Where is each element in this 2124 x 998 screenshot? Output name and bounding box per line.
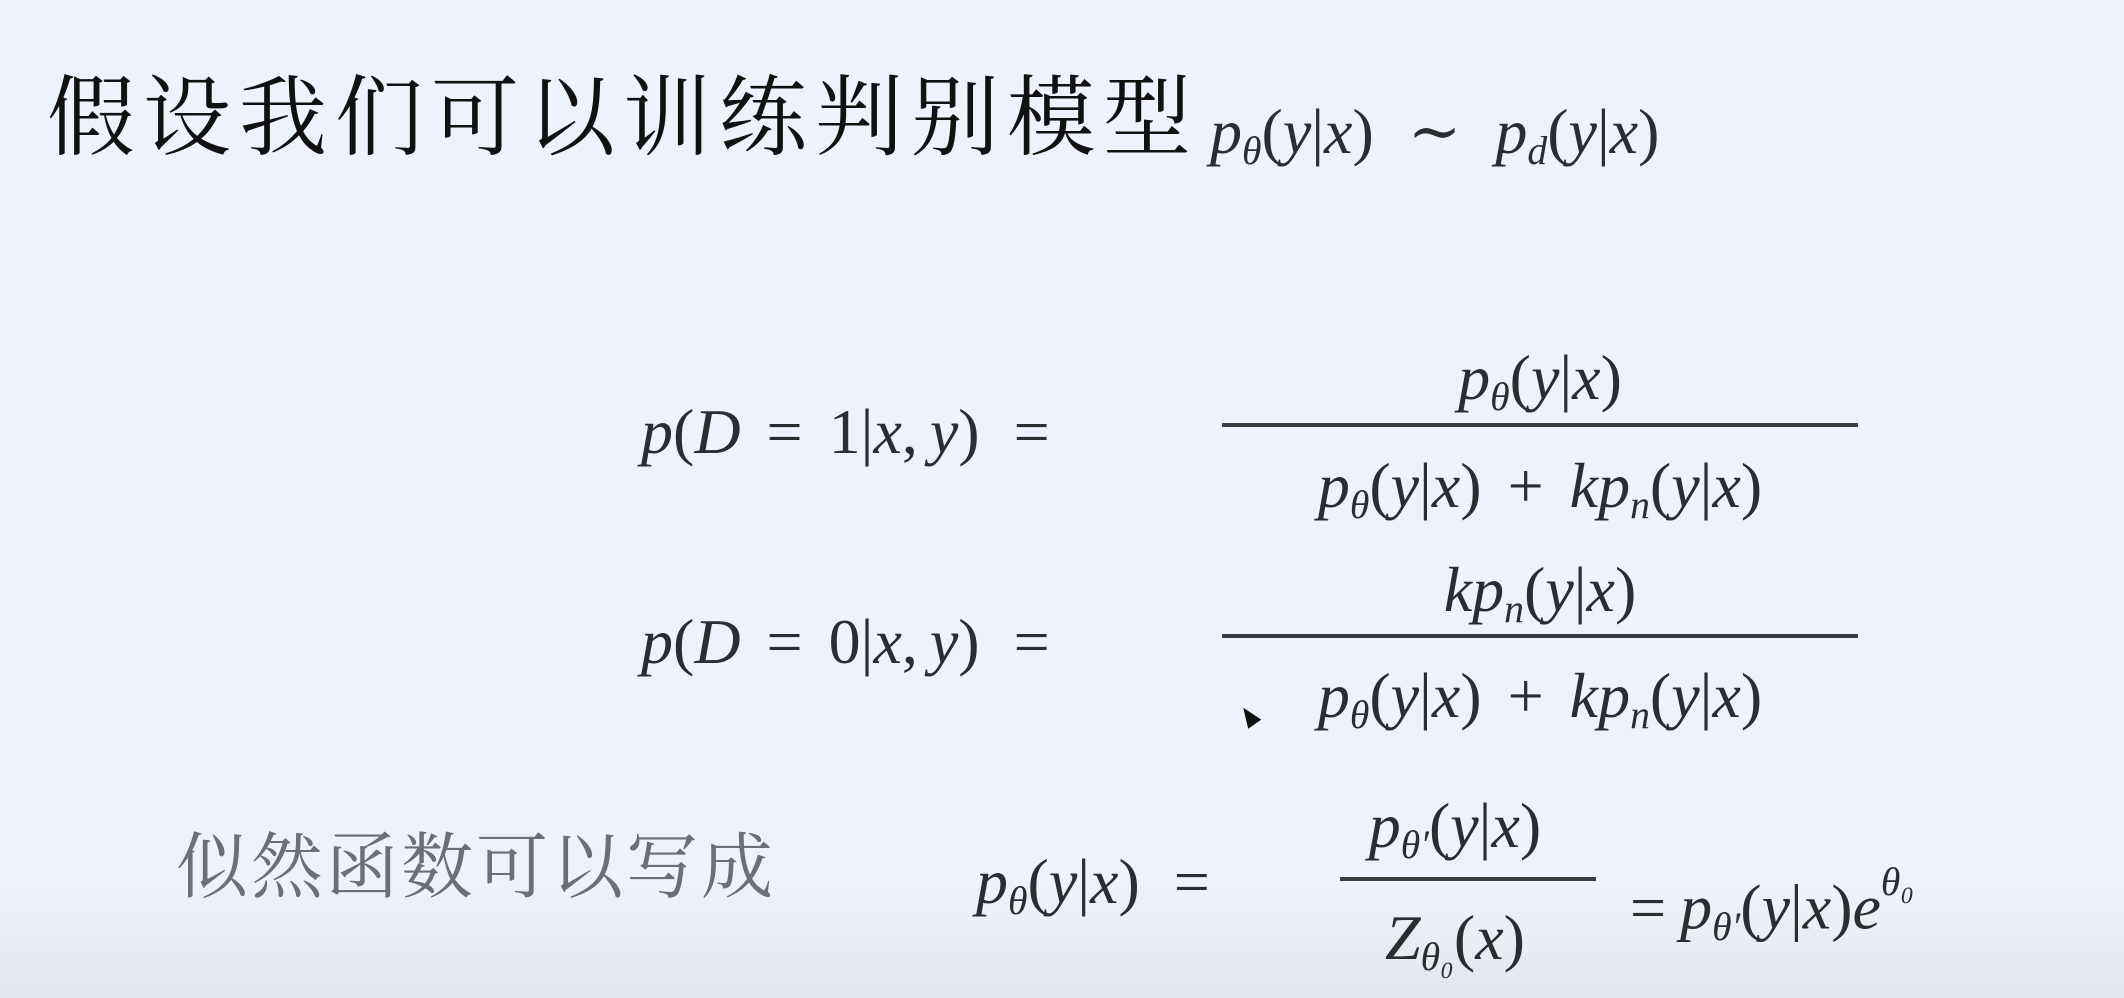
math-symbol: ) [1741,450,1762,521]
math-symbol: y [1283,96,1311,167]
math-symbol: y [1450,790,1478,861]
formula-model-approximation: pθ(y|x) ∼ pd(y|x) [1210,92,1659,191]
formula-likelihood-rhs: =pθ′(y|x)eθ₀ [1630,842,1914,967]
math-subscript: n [1630,483,1650,527]
math-symbol: 0 [829,606,861,677]
math-symbol: p [1318,450,1350,521]
math-symbol: x [1587,554,1615,625]
math-symbol: x [1324,96,1352,167]
math-symbol: ) [1352,96,1373,167]
math-symbol: k [1570,450,1598,521]
math-symbol: | [1479,790,1492,861]
math-symbol: ) [1460,450,1481,521]
math-subscript: θ [1242,129,1262,173]
math-symbol: k [1444,554,1472,625]
fraction-d1-denominator: pθ(y|x) + kpn(y|x) [1222,446,1858,545]
math-symbol: | [1700,450,1713,521]
math-symbol: y [1545,554,1573,625]
math-symbol: | [1597,96,1610,167]
math-operator: = [1014,606,1050,677]
math-symbol: x [1491,790,1519,861]
math-symbol: p [1318,660,1350,731]
math-symbol: ) [958,606,979,677]
math-symbol: ) [1504,902,1525,973]
math-symbol: ( [1547,96,1568,167]
math-operator: = [767,606,803,677]
math-symbol: y [930,606,958,677]
math-operator: ∼ [1408,96,1462,167]
math-symbol: p [1598,660,1630,731]
math-symbol: y [1671,450,1699,521]
math-symbol: Z [1385,902,1421,973]
math-symbol: 1 [829,396,861,467]
math-subscript: θ₀ [1421,935,1454,979]
math-symbol: x [873,396,901,467]
formula-d-equals-0-lhs: p(D = 0|x,y) = [641,602,1050,682]
math-symbol: | [1790,872,1803,943]
math-symbol: , [902,396,918,467]
likelihood-label: 似然函数可以写成 [176,822,776,912]
math-symbol: k [1570,660,1598,731]
math-symbol: ( [1510,342,1531,413]
math-symbol: | [861,606,874,677]
fraction-bar [1222,634,1858,638]
math-symbol: x [1475,902,1503,973]
math-symbol: | [1311,96,1324,167]
math-operator: + [1508,450,1544,521]
math-symbol: ( [1650,660,1671,731]
math-symbol: ) [1615,554,1636,625]
math-symbol: D [694,396,740,467]
math-symbol: ( [1650,450,1671,521]
math-symbol: | [1419,660,1432,731]
math-symbol: x [1090,846,1118,917]
math-operator: = [1014,396,1050,467]
slide-heading: 假设我们可以训练判别模型 [47,68,1199,168]
math-symbol: y [1391,660,1419,731]
math-symbol: x [1432,660,1460,731]
math-symbol: | [1700,660,1713,731]
math-symbol: y [930,396,958,467]
math-operator: = [1630,872,1666,943]
math-symbol: | [861,396,874,467]
math-symbol: x [1712,450,1740,521]
math-symbol: e [1853,872,1881,943]
math-subscript: θ′ [1401,823,1429,867]
math-subscript: θ [1490,375,1510,419]
math-symbol: y [1762,872,1790,943]
math-symbol: D [694,606,740,677]
math-operator: = [767,396,803,467]
math-subscript: θ [1350,483,1370,527]
math-subscript: θ [1008,879,1028,923]
math-symbol: ( [1740,872,1761,943]
fraction-likelihood-numerator: pθ′(y|x) [1320,786,1590,885]
math-symbol: ) [958,396,979,467]
math-superscript: θ₀ [1881,860,1914,904]
math-symbol: ( [1369,660,1390,731]
math-symbol: ( [673,396,694,467]
math-symbol: y [1569,96,1597,167]
math-operator: = [1174,846,1210,917]
math-symbol: p [641,606,673,677]
fraction-d0-denominator: pθ(y|x) + kpn(y|x) [1222,656,1858,755]
math-symbol: p [641,396,673,467]
fraction-bar [1222,423,1858,427]
math-subscript: θ′ [1712,905,1740,949]
math-subscript: θ [1350,693,1370,737]
math-symbol: p [1458,342,1490,413]
math-symbol: ( [1454,902,1475,973]
math-symbol: x [1712,660,1740,731]
math-symbol: p [1680,872,1712,943]
math-symbol: ( [1429,790,1450,861]
math-symbol: x [1572,342,1600,413]
math-symbol: p [1495,96,1527,167]
math-symbol: | [1419,450,1432,521]
math-symbol: p [1598,450,1630,521]
formula-likelihood-lhs: pθ(y|x) = [976,842,1210,941]
math-symbol: p [1369,790,1401,861]
math-symbol: p [976,846,1008,917]
math-symbol: ( [1262,96,1283,167]
math-symbol: ( [1524,554,1545,625]
formula-d-equals-1-lhs: p(D = 1|x,y) = [641,392,1050,472]
math-symbol: ) [1831,872,1852,943]
math-symbol: y [1671,660,1699,731]
math-symbol: | [1559,342,1572,413]
math-symbol: ( [673,606,694,677]
math-symbol: | [1077,846,1090,917]
math-symbol: p [1472,554,1504,625]
math-symbol: | [1574,554,1587,625]
math-symbol: ) [1520,790,1541,861]
math-symbol: x [1610,96,1638,167]
math-subscript: n [1630,693,1650,737]
math-subscript: d [1527,129,1547,173]
math-subscript: n [1504,587,1524,631]
math-symbol: ( [1028,846,1049,917]
math-symbol: y [1049,846,1077,917]
math-symbol: x [1432,450,1460,521]
math-symbol: ) [1601,342,1622,413]
math-symbol: ) [1741,660,1762,731]
math-symbol: ) [1460,660,1481,731]
math-symbol: ) [1118,846,1139,917]
math-symbol: p [1210,96,1242,167]
math-operator: + [1508,660,1544,731]
math-symbol: y [1391,450,1419,521]
fraction-likelihood-denominator: Zθ₀(x) [1320,898,1590,997]
math-symbol: y [1531,342,1559,413]
math-symbol: x [1803,872,1831,943]
math-symbol: , [902,606,918,677]
math-symbol: ) [1638,96,1659,167]
math-symbol: x [873,606,901,677]
fraction-bar [1340,877,1596,881]
math-symbol: ( [1369,450,1390,521]
